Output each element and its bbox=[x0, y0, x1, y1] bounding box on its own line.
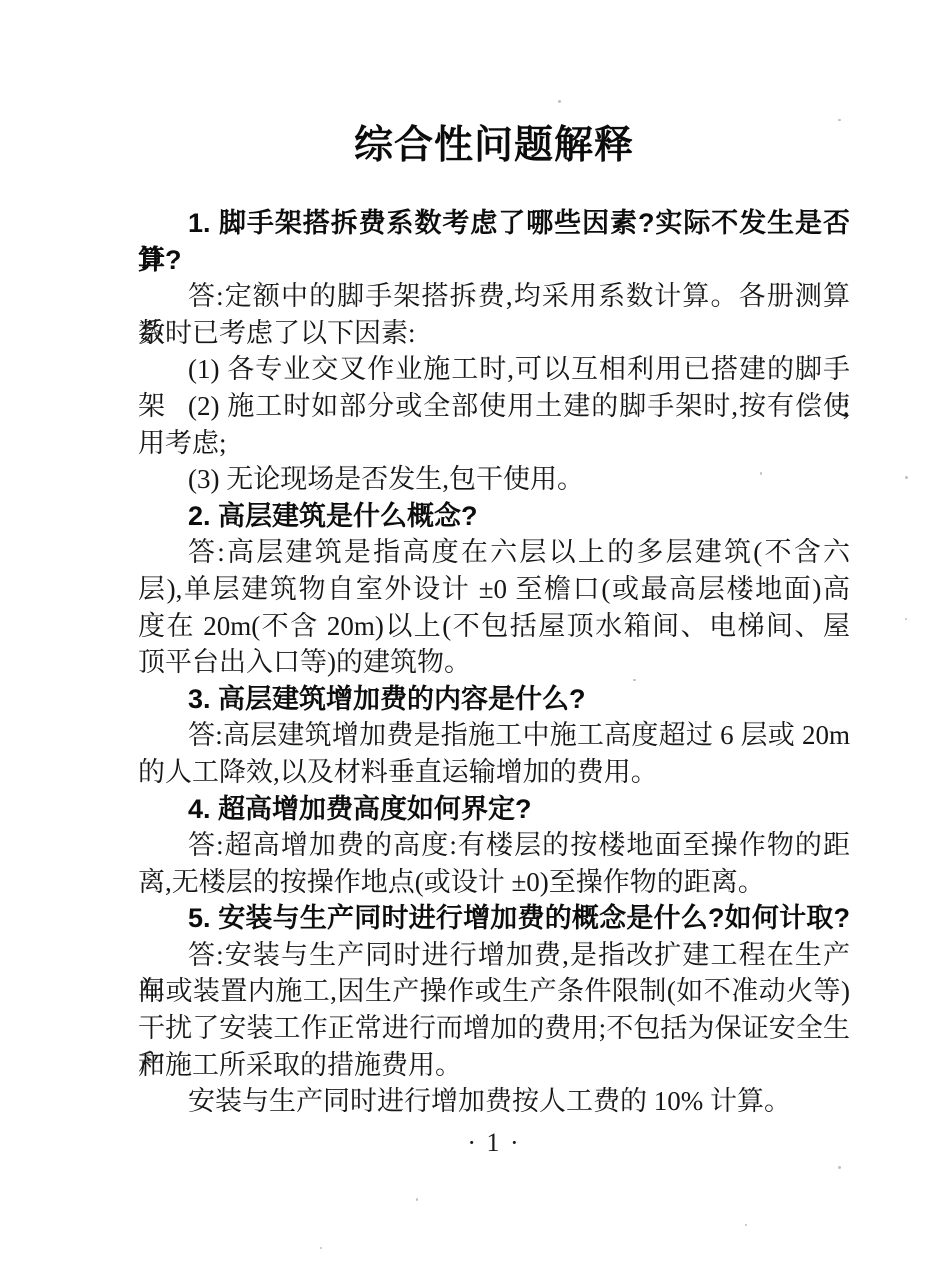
answer-5-line-1: 答:安装与生产同时进行增加费,是指改扩建工程在生产车 bbox=[138, 937, 850, 974]
scan-speck bbox=[745, 1224, 747, 1226]
scan-speck bbox=[633, 679, 636, 681]
answer-1-item-1: (1) 各专业交叉作业施工时,可以互相利用已搭建的脚手架; bbox=[138, 351, 850, 388]
scan-speck bbox=[760, 472, 762, 475]
scanned-page: 综合性问题解释 1. 脚手架搭拆费系数考虑了哪些因素?实际不发生是否计 算? 答… bbox=[138, 122, 850, 1158]
scan-speck bbox=[838, 119, 841, 121]
scan-speck bbox=[838, 1166, 841, 1169]
scan-speck bbox=[558, 100, 561, 103]
answer-3-line-1: 答:高层建筑增加费是指施工中施工高度超过 6 层或 20m bbox=[138, 717, 850, 754]
question-4: 4. 超高增加费高度如何界定? bbox=[138, 791, 850, 828]
answer-1-line-2: 数时已考虑了以下因素: bbox=[138, 315, 850, 352]
answer-2-line-2: 层),单层建筑物自室外设计 ±0 至檐口(或最高层楼地面)高 bbox=[138, 571, 850, 608]
answer-3-line-2: 的人工降效,以及材料垂直运输增加的费用。 bbox=[138, 754, 850, 791]
question-2: 2. 高层建筑是什么概念? bbox=[138, 498, 850, 535]
answer-5-line-3: 干扰了安装工作正常进行而增加的费用;不包括为保证安全生产 bbox=[138, 1010, 850, 1047]
question-5: 5. 安装与生产同时进行增加费的概念是什么?如何计取? bbox=[138, 900, 850, 937]
page-number: · 1 · bbox=[138, 1128, 850, 1158]
answer-5-line-2: 间或装置内施工,因生产操作或生产条件限制(如不准动火等) bbox=[138, 973, 850, 1010]
answer-1-item-3: (3) 无论现场是否发生,包干使用。 bbox=[138, 461, 850, 498]
answer-4-line-1: 答:超高增加费的高度:有楼层的按楼地面至操作物的距 bbox=[138, 827, 850, 864]
question-1-line-2: 算? bbox=[138, 242, 850, 279]
answer-2-line-4: 顶平台出入口等)的建筑物。 bbox=[138, 644, 850, 681]
page-title: 综合性问题解释 bbox=[138, 122, 850, 170]
answer-4-line-2: 离,无楼层的按操作地点(或设计 ±0)至操作物的距离。 bbox=[138, 864, 850, 901]
scan-speck bbox=[905, 476, 908, 479]
answer-2-line-3: 度在 20m(不含 20m)以上(不包括屋顶水箱间、电梯间、屋 bbox=[138, 608, 850, 645]
question-3: 3. 高层建筑增加费的内容是什么? bbox=[138, 681, 850, 718]
scan-speck bbox=[905, 618, 907, 620]
scan-speck bbox=[320, 1247, 322, 1249]
answer-1-line-1: 答:定额中的脚手架搭拆费,均采用系数计算。各册测算系 bbox=[138, 278, 850, 315]
answer-5-line-5: 安装与生产同时进行增加费按人工费的 10% 计算。 bbox=[138, 1083, 850, 1120]
answer-1-item-2-line-2: 用考虑; bbox=[138, 425, 850, 462]
answer-1-item-2-line-1: (2) 施工时如部分或全部使用土建的脚手架时,按有偿使 bbox=[138, 388, 850, 425]
answer-5-line-4: 和施工所采取的措施费用。 bbox=[138, 1047, 850, 1084]
question-1-line-1: 1. 脚手架搭拆费系数考虑了哪些因素?实际不发生是否计 bbox=[138, 205, 850, 242]
answer-2-line-1: 答:高层建筑是指高度在六层以上的多层建筑(不含六 bbox=[138, 534, 850, 571]
scan-speck bbox=[416, 1198, 418, 1201]
